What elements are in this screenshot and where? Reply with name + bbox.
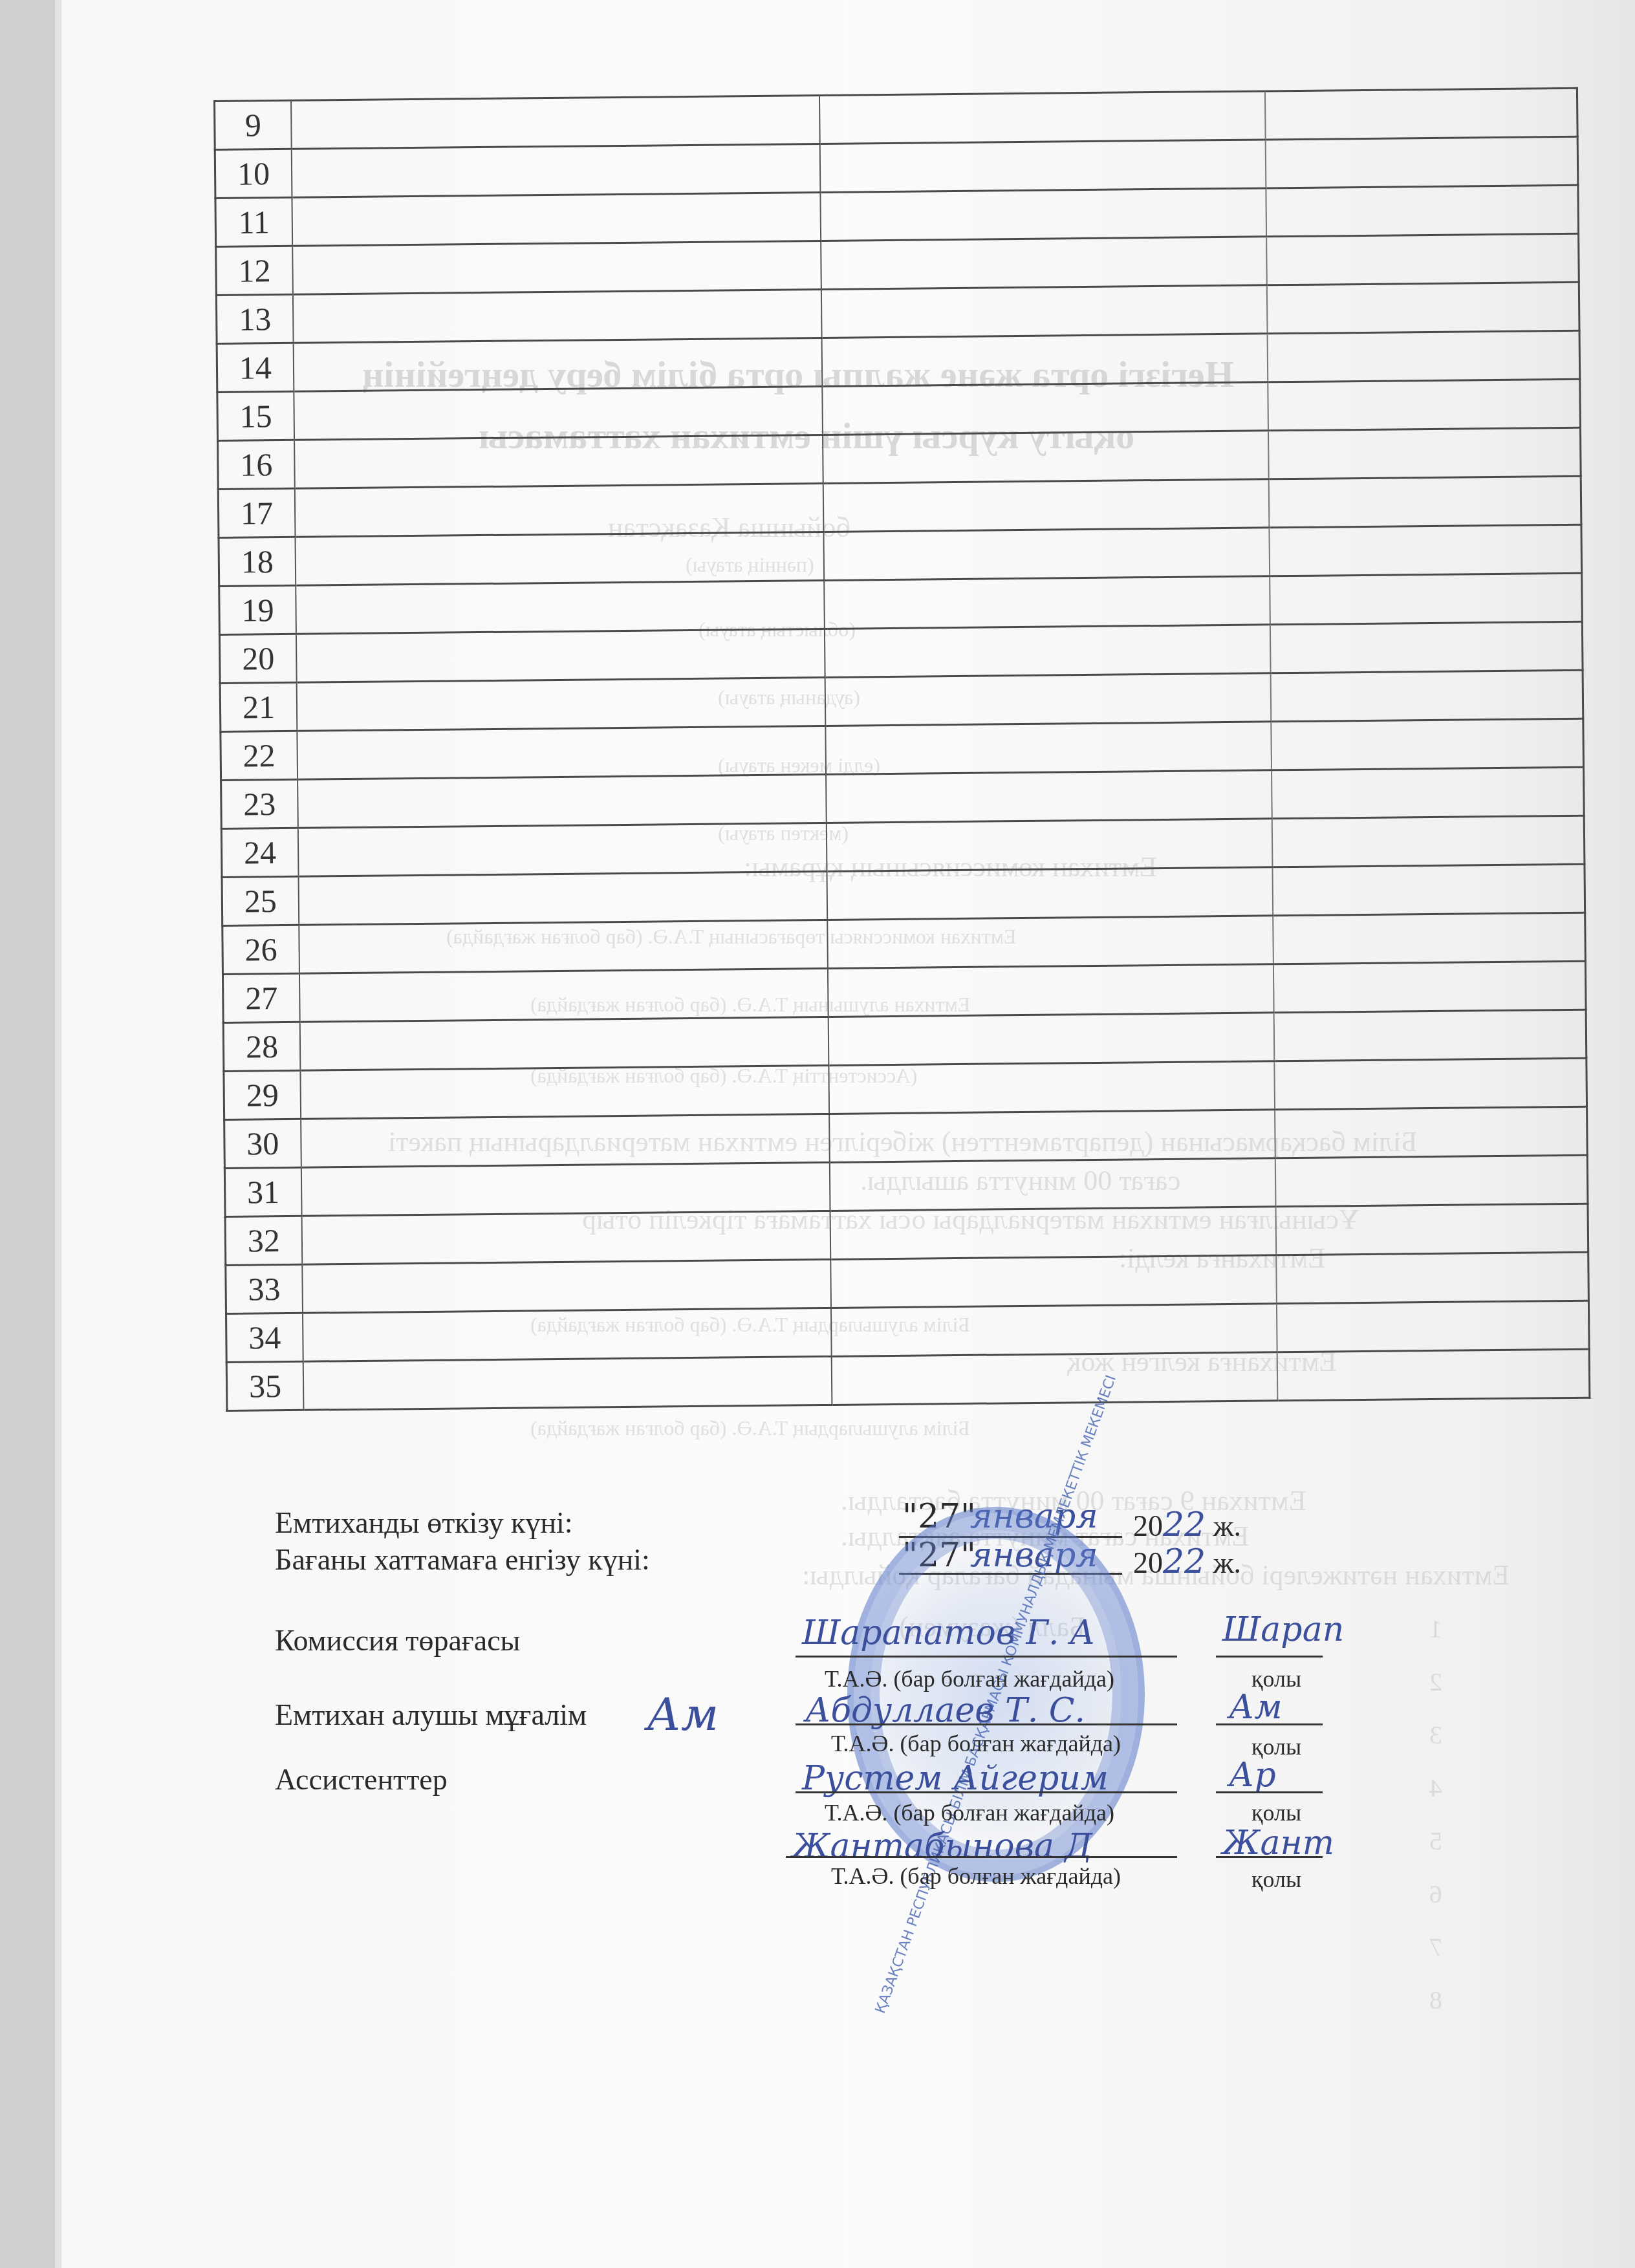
score-cell bbox=[820, 188, 1266, 241]
row-number: 26 bbox=[222, 925, 299, 974]
row-number: 19 bbox=[219, 585, 296, 634]
scanner-edge bbox=[0, 0, 55, 2268]
assistant1-sign-caption: қолы bbox=[1251, 1799, 1301, 1826]
exam-year-prefix: 20 bbox=[1133, 1509, 1163, 1542]
note-cell bbox=[1268, 427, 1581, 479]
chair-name: Шарапатов Г. А bbox=[802, 1614, 1095, 1652]
bleed-row-number: 2 bbox=[1429, 1667, 1442, 1697]
student-name-cell bbox=[298, 871, 827, 925]
assistant2-signature-line bbox=[1216, 1856, 1323, 1858]
score-cell bbox=[822, 382, 1268, 435]
assistant2-name-line bbox=[786, 1856, 1177, 1858]
student-name-cell bbox=[300, 1017, 828, 1070]
score-cell bbox=[823, 431, 1269, 484]
entry-year-suffix: 22 bbox=[1163, 1542, 1206, 1581]
entry-year-prefix: 20 bbox=[1133, 1546, 1163, 1579]
note-cell bbox=[1270, 621, 1583, 673]
note-cell bbox=[1275, 1058, 1587, 1110]
bleed-row-number: 3 bbox=[1429, 1720, 1442, 1750]
note-cell bbox=[1268, 330, 1580, 382]
row-number: 30 bbox=[224, 1119, 301, 1168]
chair-label: Комиссия төрағасы bbox=[275, 1623, 520, 1658]
score-cell bbox=[823, 528, 1270, 581]
score-cell bbox=[819, 91, 1266, 144]
score-cell bbox=[828, 1061, 1275, 1114]
teacher-name-line bbox=[796, 1723, 1177, 1725]
score-cell bbox=[827, 964, 1273, 1017]
exam-date-label: Емтиханды өткізу күні: bbox=[275, 1506, 573, 1540]
assistant2-fio-caption: Т.А.Ә. (бар болған жағдайда) bbox=[831, 1863, 1121, 1890]
bleed-row-number: 8 bbox=[1429, 1985, 1442, 2015]
assistant1-name-line bbox=[796, 1791, 1177, 1793]
row-number: 14 bbox=[217, 343, 294, 392]
student-name-cell bbox=[294, 435, 823, 488]
row-number: 24 bbox=[221, 828, 298, 877]
score-cell bbox=[829, 1110, 1275, 1163]
note-cell bbox=[1266, 233, 1579, 285]
exam-year-suffix: 22 bbox=[1163, 1506, 1206, 1544]
row-number: 28 bbox=[223, 1022, 300, 1071]
note-cell bbox=[1265, 88, 1577, 140]
bleed-row-number: 6 bbox=[1429, 1879, 1442, 1909]
chair-name-line bbox=[796, 1656, 1177, 1658]
student-name-cell bbox=[298, 823, 827, 876]
note-cell bbox=[1272, 767, 1584, 819]
note-cell bbox=[1270, 524, 1582, 576]
note-cell bbox=[1276, 1204, 1588, 1255]
row-number: 25 bbox=[222, 876, 299, 925]
student-name-cell bbox=[297, 677, 825, 731]
teacher-margin-signature: Ам bbox=[647, 1688, 719, 1741]
row-number: 20 bbox=[219, 634, 296, 683]
row-number: 10 bbox=[215, 149, 292, 198]
teacher-label: Емтихан алушы мұғалім bbox=[275, 1698, 587, 1732]
exam-year-unit: ж. bbox=[1213, 1509, 1241, 1542]
row-number: 21 bbox=[220, 682, 297, 731]
student-name-cell bbox=[295, 532, 823, 585]
student-name-cell bbox=[299, 968, 828, 1022]
note-cell bbox=[1272, 718, 1584, 770]
assistant1-signature-line bbox=[1216, 1791, 1323, 1793]
row-number: 31 bbox=[224, 1167, 301, 1216]
score-cell bbox=[821, 334, 1268, 387]
note-cell bbox=[1277, 1301, 1589, 1352]
score-cell bbox=[829, 1158, 1275, 1211]
row-number: 35 bbox=[226, 1361, 303, 1410]
entry-date-label: Бағаны хаттамаға енгізу күні: bbox=[275, 1542, 650, 1577]
chair-signature-line bbox=[1216, 1656, 1323, 1658]
score-cell bbox=[826, 819, 1272, 872]
student-name-cell bbox=[301, 1162, 830, 1216]
row-number: 15 bbox=[217, 391, 294, 440]
student-name-cell bbox=[294, 386, 822, 440]
note-cell bbox=[1269, 476, 1581, 528]
score-cell bbox=[830, 1255, 1277, 1308]
student-name-cell bbox=[302, 1259, 830, 1313]
score-cell bbox=[827, 867, 1273, 920]
score-cell bbox=[826, 770, 1272, 823]
row-number: 9 bbox=[215, 100, 292, 149]
note-cell bbox=[1272, 815, 1585, 867]
row-number: 16 bbox=[218, 440, 295, 489]
score-cell bbox=[824, 625, 1270, 678]
score-cell bbox=[824, 576, 1270, 629]
bleed-row-number: 1 bbox=[1429, 1614, 1442, 1644]
teacher-fio-caption: Т.А.Ә. (бар болған жағдайда) bbox=[831, 1730, 1121, 1757]
bleed-row-number: 5 bbox=[1429, 1826, 1442, 1856]
assistant1-fio-caption: Т.А.Ә. (бар болған жағдайда) bbox=[825, 1799, 1114, 1826]
student-name-cell bbox=[297, 726, 825, 779]
score-cell bbox=[821, 285, 1267, 338]
score-cell bbox=[821, 237, 1267, 290]
row-number: 32 bbox=[225, 1216, 302, 1265]
note-cell bbox=[1273, 864, 1585, 916]
row-number: 18 bbox=[219, 537, 296, 586]
exam-date-year: 2022 ж. bbox=[1133, 1506, 1241, 1544]
student-name-cell bbox=[298, 774, 826, 828]
row-number: 29 bbox=[224, 1070, 301, 1119]
assistant1-signature: Ар bbox=[1229, 1756, 1276, 1795]
score-cell bbox=[831, 1352, 1277, 1405]
teacher-signature-line bbox=[1216, 1723, 1323, 1725]
assistant2-sign-caption: қолы bbox=[1251, 1866, 1301, 1893]
score-cell bbox=[830, 1207, 1276, 1260]
score-cell bbox=[831, 1304, 1277, 1357]
assistants-label: Ассистенттер bbox=[275, 1762, 448, 1797]
row-number: 22 bbox=[221, 731, 298, 780]
score-cell bbox=[823, 479, 1269, 532]
student-name-cell bbox=[292, 144, 820, 198]
row-number: 23 bbox=[221, 779, 298, 828]
bleed-row-number: 4 bbox=[1429, 1773, 1442, 1803]
student-name-cell bbox=[303, 1308, 831, 1361]
student-name-cell bbox=[293, 289, 821, 343]
note-cell bbox=[1273, 913, 1585, 964]
student-name-cell bbox=[296, 629, 825, 682]
bleed-row-number: 7 bbox=[1429, 1932, 1442, 1962]
row-number: 33 bbox=[226, 1264, 303, 1313]
chair-fio-caption: Т.А.Ә. (бар болған жағдайда) bbox=[825, 1665, 1114, 1692]
student-name-cell bbox=[292, 241, 821, 294]
note-cell bbox=[1274, 1010, 1586, 1061]
note-cell bbox=[1270, 573, 1582, 625]
row-number: 11 bbox=[215, 197, 292, 246]
note-cell bbox=[1276, 1252, 1588, 1304]
row-number: 34 bbox=[226, 1313, 303, 1362]
note-cell bbox=[1266, 136, 1578, 188]
students-table: 9101112131415161718192021222324252627282… bbox=[213, 87, 1590, 1412]
student-name-cell bbox=[302, 1211, 830, 1264]
student-name-cell bbox=[303, 1356, 832, 1410]
scanner-edge-shadow bbox=[55, 0, 61, 2268]
assistant2-name: Жантабынова Д bbox=[792, 1827, 1092, 1866]
student-name-cell bbox=[296, 580, 824, 634]
student-name-cell bbox=[291, 96, 819, 149]
row-number: 12 bbox=[216, 246, 293, 295]
score-cell bbox=[825, 673, 1271, 726]
student-name-cell bbox=[295, 483, 823, 537]
row-number: 27 bbox=[222, 973, 299, 1022]
student-name-cell bbox=[301, 1114, 829, 1167]
row-number: 13 bbox=[216, 294, 293, 343]
bleed-absent-caption: Білім алушылардың Т.А.Ә. (бар болған жағ… bbox=[530, 1416, 970, 1440]
entry-year-unit: ж. bbox=[1213, 1546, 1241, 1579]
note-cell bbox=[1277, 1349, 1590, 1401]
score-cell bbox=[828, 1013, 1274, 1066]
score-cell bbox=[827, 916, 1273, 969]
student-name-cell bbox=[292, 193, 820, 246]
row-number: 17 bbox=[218, 488, 295, 537]
student-name-cell bbox=[294, 338, 822, 391]
score-cell bbox=[819, 140, 1266, 193]
note-cell bbox=[1268, 379, 1580, 431]
note-cell bbox=[1275, 1155, 1588, 1207]
chair-signature: Шарап bbox=[1222, 1610, 1344, 1649]
teacher-signature: Ам bbox=[1229, 1688, 1283, 1727]
entry-date-year: 2022 ж. bbox=[1133, 1542, 1241, 1581]
score-cell bbox=[825, 722, 1272, 775]
note-cell bbox=[1275, 1107, 1587, 1158]
student-name-cell bbox=[300, 1065, 828, 1119]
student-name-cell bbox=[299, 920, 827, 973]
note-cell bbox=[1267, 282, 1579, 334]
note-cell bbox=[1266, 185, 1579, 237]
note-cell bbox=[1273, 961, 1586, 1013]
note-cell bbox=[1271, 670, 1583, 722]
